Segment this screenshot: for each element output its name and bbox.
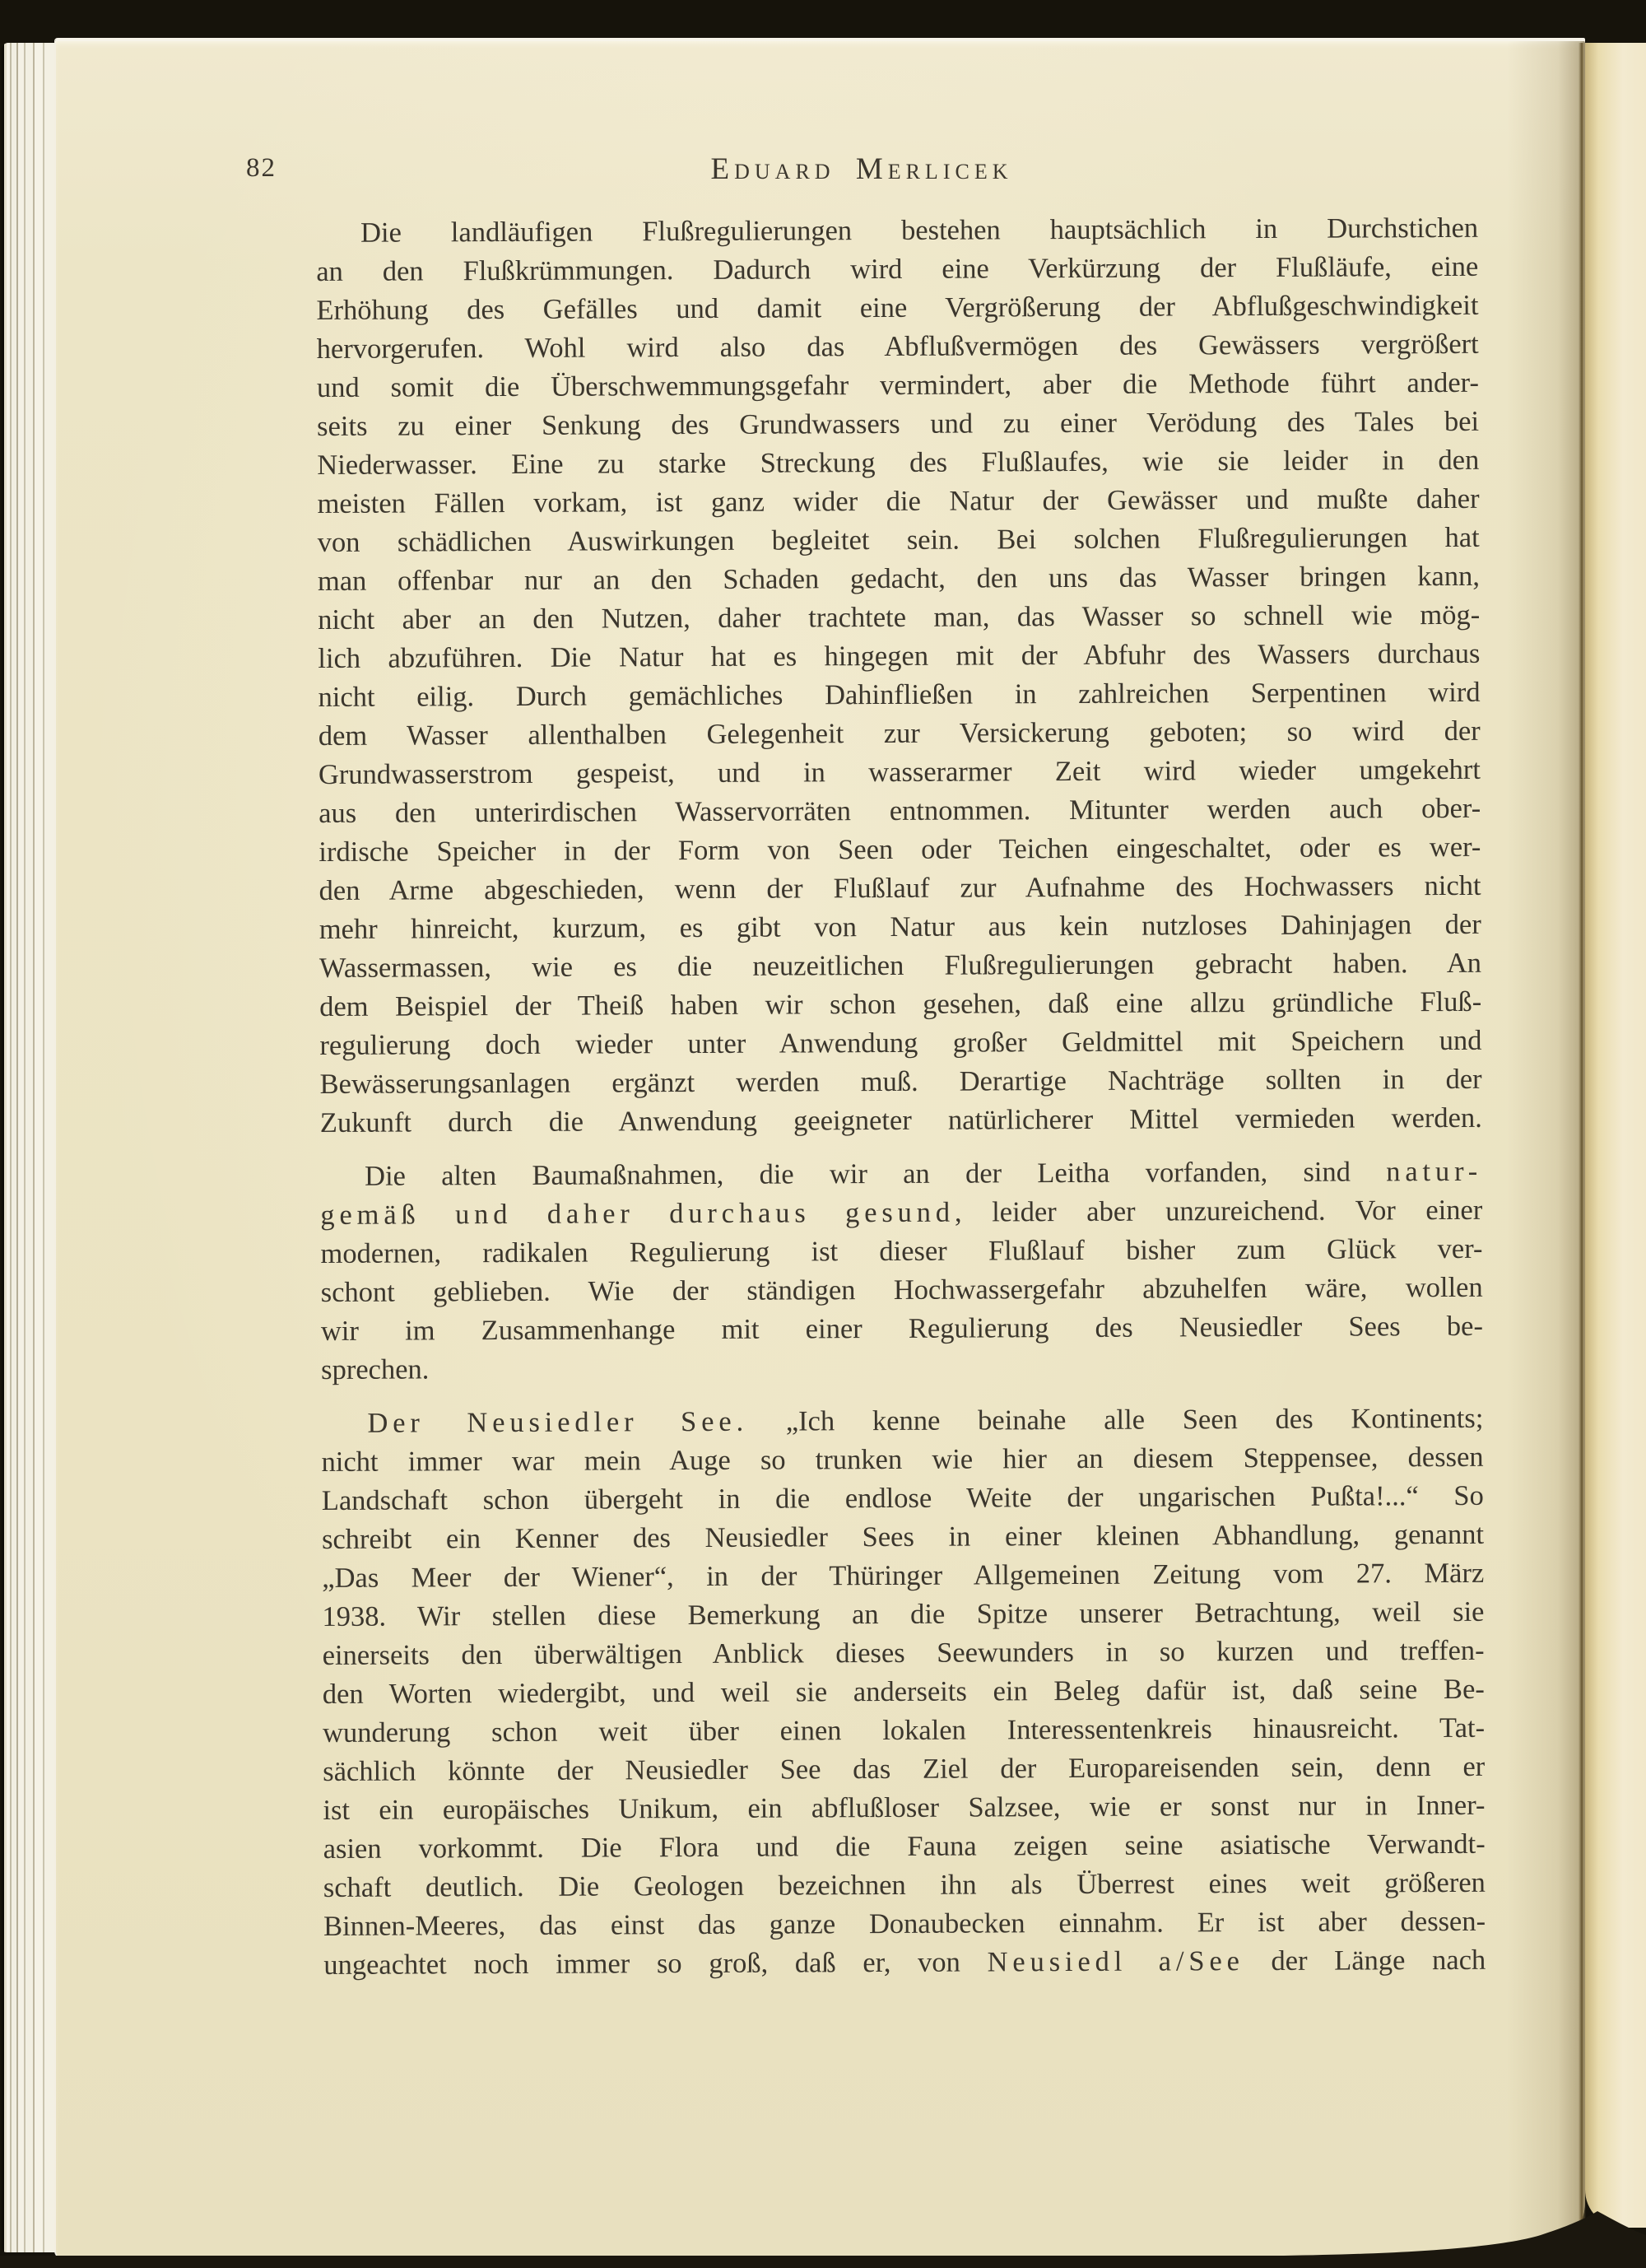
text-line: schaft deutlich. Die Geologen bezeichnen…: [323, 1864, 1486, 1907]
text-line: Erhöhung des Gefälles und damit eine Ver…: [316, 286, 1478, 330]
text-line: und somit die Überschwemmungsgefahr verm…: [317, 364, 1479, 407]
text-line: Grundwasserstrom gespeist, und in wasser…: [319, 751, 1481, 794]
text-line: aus den unterirdischen Wasservorräten en…: [319, 789, 1481, 833]
text-run: lich abzuführen. Die Natur hat es hingeg…: [318, 638, 1480, 674]
text-run: an den Flußkrümmungen. Dadurch wird eine…: [316, 251, 1478, 287]
facing-page-edge: [1585, 43, 1646, 2228]
text-run: Wassermassen, wie es die neuzeitlichen F…: [319, 948, 1481, 984]
text-line: seits zu einer Senkung des Grundwassers …: [317, 403, 1479, 446]
text-line: von schädlichen Auswirkungen begleitet s…: [318, 519, 1480, 562]
text-line: regulierung doch wieder unter Anwendung …: [319, 1022, 1481, 1065]
text-run: den Arme abgeschieden, wenn der Flußlauf…: [319, 870, 1481, 906]
text-run: schreibt ein Kenner des Neusiedler Sees …: [322, 1519, 1484, 1555]
text-line: Niederwasser. Eine zu starke Streckung d…: [317, 441, 1479, 485]
text-run: man offenbar nur an den Schaden gedacht,…: [318, 561, 1480, 597]
text-line: den Arme abgeschieden, wenn der Flußlauf…: [319, 867, 1481, 910]
text-line: asien vorkommt. Die Flora und die Fauna …: [323, 1825, 1486, 1869]
text-line: wunderung schon weit über einen lokalen …: [323, 1709, 1485, 1753]
text-run: hervorgerufen. Wohl wird also das Abfluß…: [317, 328, 1479, 365]
text-run: , leider aber unzureichend. Vor einer: [955, 1195, 1482, 1228]
text-run: von schädlichen Auswirkungen begleitet s…: [318, 522, 1480, 558]
page-number: 82: [246, 153, 277, 184]
text-line: irdische Speicher in der Form von Seen o…: [319, 828, 1481, 872]
paragraph: Die landläufigen Flußregulierungen beste…: [316, 209, 1482, 1143]
text-run: den Worten wiedergibt, und weil sie ande…: [323, 1674, 1485, 1710]
text-run: schont geblieben. Wie der ständigen Hoch…: [321, 1272, 1483, 1308]
text-line: nicht aber an den Nutzen, daher trachtet…: [318, 596, 1480, 640]
text-line: schont geblieben. Wie der ständigen Hoch…: [321, 1269, 1483, 1312]
page-body: Die landläufigen Flußregulierungen beste…: [316, 209, 1486, 1985]
text-run: einerseits den überwältigen Anblick dies…: [323, 1635, 1485, 1671]
text-line: gemäß und daher durchaus gesund, leider …: [320, 1191, 1482, 1235]
text-line: dem Beispiel der Theiß haben wir schon g…: [319, 983, 1481, 1027]
text-line: Binnen-Meeres, das einst das ganze Donau…: [323, 1902, 1486, 1946]
text-line: mehr hinreicht, kurzum, es gibt von Natu…: [319, 906, 1481, 949]
text-run: Bewässerungsanlagen ergänzt werden muß. …: [320, 1064, 1482, 1100]
text-run: modernen, radikalen Regulierung ist dies…: [320, 1233, 1482, 1269]
text-run: regulierung doch wieder unter Anwendung …: [319, 1025, 1481, 1061]
text-run: sächlich könnte der Neusiedler See das Z…: [323, 1751, 1485, 1787]
text-run: „Ich kenne beinahe alle Seen des Kontine…: [748, 1403, 1484, 1437]
text-line: modernen, radikalen Regulierung ist dies…: [320, 1230, 1482, 1274]
text-line: man offenbar nur an den Schaden gedacht,…: [318, 557, 1480, 601]
running-header: Eduard Merlicek: [281, 151, 1442, 187]
text-line: ist ein europäisches Unikum, ein abflußl…: [323, 1786, 1485, 1830]
text-run: „Das Meer der Wiener“, in der Thüringer …: [322, 1558, 1484, 1594]
text-run: ist ein europäisches Unikum, ein abflußl…: [323, 1790, 1485, 1826]
text-run: Grundwasserstrom gespeist, und in wasser…: [319, 754, 1481, 790]
book-bottom-gap: [0, 2161, 1646, 2268]
text-run: wir im Zusammenhange mit einer Regulieru…: [321, 1311, 1483, 1347]
text-line: 1938. Wir stellen diese Bemerkung an die…: [322, 1593, 1484, 1637]
text-line: Bewässerungsanlagen ergänzt werden muß. …: [320, 1060, 1482, 1104]
text-line: Landschaft schon übergeht in die endlose…: [322, 1477, 1484, 1521]
text-line: sprechen.: [321, 1346, 1483, 1390]
text-run: nicht eilig. Durch gemächliches Dahinfli…: [318, 677, 1480, 713]
text-run: seits zu einer Senkung des Grundwassers …: [317, 406, 1479, 442]
text-line: Zukunft durch die Anwendung geeigneter n…: [320, 1099, 1482, 1143]
binding-crease: [1579, 43, 1586, 2223]
text-line: Die landläufigen Flußregulierungen beste…: [316, 209, 1478, 253]
emphasized-text: gemäß und daher durchaus gesund: [320, 1197, 955, 1231]
text-run: Niederwasser. Eine zu starke Streckung d…: [317, 445, 1479, 481]
text-run: nicht aber an den Nutzen, daher trachtet…: [318, 599, 1480, 636]
text-run: asien vorkommt. Die Flora und die Fauna …: [323, 1828, 1486, 1865]
text-line: an den Flußkrümmungen. Dadurch wird eine…: [316, 248, 1478, 291]
text-run: und somit die Überschwemmungsgefahr verm…: [317, 367, 1479, 403]
text-run: ungeachtet noch immer so groß, daß er, v…: [323, 1946, 987, 1981]
gutter-shadow: [1507, 41, 1585, 2259]
text-line: ungeachtet noch immer so groß, daß er, v…: [323, 1941, 1486, 1985]
text-line: nicht immer war mein Auge so trunken wie…: [322, 1438, 1484, 1482]
text-line: einerseits den überwältigen Anblick dies…: [323, 1632, 1485, 1675]
text-line: den Worten wiedergibt, und weil sie ande…: [323, 1670, 1485, 1714]
text-run: Die alten Baumaßnahmen, die wir an der L…: [365, 1156, 1386, 1191]
text-line: meisten Fällen vorkam, ist ganz wider di…: [317, 480, 1479, 524]
text-run: aus den unterirdischen Wasservorräten en…: [319, 793, 1481, 829]
text-run: Die landläufigen Flußregulierungen beste…: [360, 212, 1478, 249]
emphasized-text: Neusiedl a/See: [988, 1945, 1244, 1977]
text-run: Zukunft durch die Anwendung geeigneter n…: [320, 1102, 1482, 1139]
paragraph: Der Neusiedler See. „Ich kenne beinahe a…: [321, 1399, 1486, 1985]
text-line: „Das Meer der Wiener“, in der Thüringer …: [322, 1554, 1484, 1598]
text-run: sprechen.: [321, 1353, 429, 1385]
text-line: nicht eilig. Durch gemächliches Dahinfli…: [318, 673, 1480, 717]
text-line: lich abzuführen. Die Natur hat es hingeg…: [318, 635, 1480, 678]
text-run: dem Beispiel der Theiß haben wir schon g…: [319, 986, 1481, 1022]
book-scan: 82 Eduard Merlicek Die landläufigen Fluß…: [0, 0, 1646, 2268]
emphasized-text: natur-: [1386, 1156, 1482, 1188]
text-run: irdische Speicher in der Form von Seen o…: [319, 831, 1481, 868]
text-line: Der Neusiedler See. „Ich kenne beinahe a…: [321, 1399, 1483, 1443]
text-run: der Länge nach: [1244, 1944, 1486, 1977]
text-run: wunderung schon weit über einen lokalen …: [323, 1712, 1485, 1749]
paragraph: Die alten Baumaßnahmen, die wir an der L…: [320, 1153, 1483, 1390]
text-run: nicht immer war mein Auge so trunken wie…: [322, 1441, 1484, 1478]
book-page: 82 Eduard Merlicek Die landläufigen Fluß…: [54, 38, 1585, 2259]
page-edge-stack: [2, 43, 56, 2252]
emphasized-text: Der Neusiedler See.: [367, 1406, 748, 1439]
text-line: wir im Zusammenhange mit einer Regulieru…: [321, 1307, 1483, 1351]
text-line: schreibt ein Kenner des Neusiedler Sees …: [322, 1516, 1484, 1559]
text-line: hervorgerufen. Wohl wird also das Abfluß…: [317, 325, 1479, 369]
text-run: schaft deutlich. Die Geologen bezeichnen…: [323, 1867, 1486, 1903]
text-run: dem Wasser allenthalben Gelegenheit zur …: [319, 715, 1481, 752]
text-run: mehr hinreicht, kurzum, es gibt von Natu…: [319, 909, 1481, 945]
text-run: meisten Fällen vorkam, ist ganz wider di…: [317, 483, 1479, 519]
text-run: Erhöhung des Gefälles und damit eine Ver…: [316, 290, 1478, 326]
text-line: Die alten Baumaßnahmen, die wir an der L…: [320, 1153, 1482, 1196]
text-line: sächlich könnte der Neusiedler See das Z…: [323, 1748, 1485, 1791]
text-line: Wassermassen, wie es die neuzeitlichen F…: [319, 944, 1481, 988]
text-run: Binnen-Meeres, das einst das ganze Donau…: [323, 1906, 1486, 1942]
text-run: Landschaft schon übergeht in die endlose…: [322, 1480, 1484, 1516]
text-run: 1938. Wir stellen diese Bemerkung an die…: [322, 1596, 1484, 1632]
text-line: dem Wasser allenthalben Gelegenheit zur …: [319, 712, 1481, 756]
